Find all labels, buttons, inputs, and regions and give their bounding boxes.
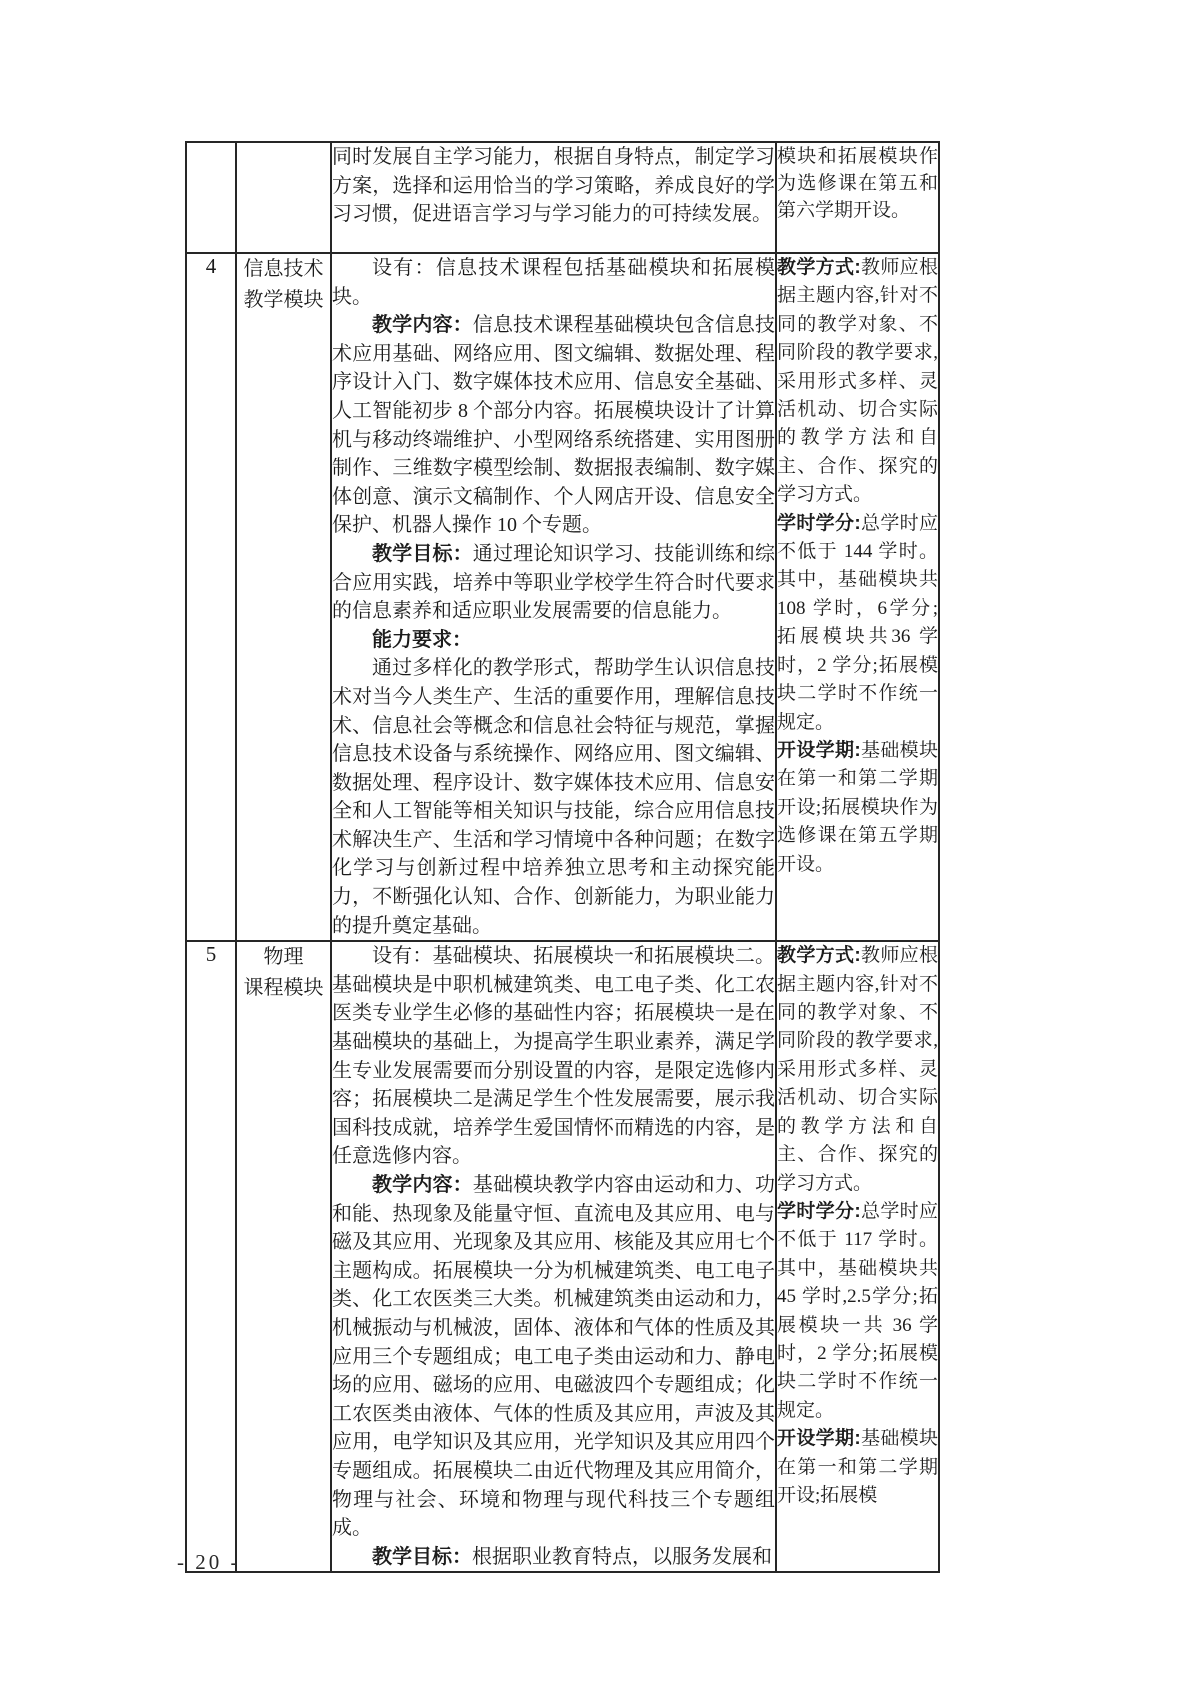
bold-label: 能力要求： <box>372 629 472 651</box>
bold-label: 学时学分: <box>777 1201 861 1222</box>
module-description-cell: 同时发展自主学习能力，根据自身特点，制定学习方案，选择和运用恰当的学习策略，养成… <box>331 142 776 253</box>
bold-label: 开设学期: <box>777 1428 861 1449</box>
module-name-line: 物理 <box>237 942 330 973</box>
row-number-cell: 5 <box>186 941 236 1572</box>
text-run: 总学时应不低于 144 学时。其中，基础模块共108 学时，6学分;拓展模块共3… <box>777 513 938 733</box>
module-description-cell: 设有：基础模块、拓展模块一和拓展模块二。基础模块是中职机械建筑类、电工电子类、化… <box>331 941 776 1572</box>
bold-label: 教学目标： <box>372 1546 472 1568</box>
paragraph: 设有：信息技术课程包括基础模块和拓展模块。 <box>332 254 775 311</box>
text-run: 教师应根据主题内容,针对不同的教学对象、不同阶段的教学要求,采用形式多样、灵活机… <box>777 945 938 1193</box>
row-number-cell: 4 <box>186 253 236 941</box>
table-row: 同时发展自主学习能力，根据自身特点，制定学习方案，选择和运用恰当的学习策略，养成… <box>186 142 939 253</box>
paragraph: 教学目标：通过理论知识学习、技能训练和综合应用实践，培养中等职业学校学生符合时代… <box>332 540 775 626</box>
text-run: 总学时应不低于 117 学时。其中，基础模块共45 学时,2.5学分;拓展模块一… <box>777 1201 938 1421</box>
text-run: 教师应根据主题内容,针对不同的教学对象、不同阶段的教学要求,采用形式多样、灵活机… <box>777 257 938 505</box>
bold-label: 教学目标： <box>372 543 473 565</box>
text-run: 设有：基础模块、拓展模块一和拓展模块二。基础模块是中职机械建筑类、电工电子类、化… <box>332 945 775 1167</box>
text-run: 根据职业教育特点，以服务发展和 <box>472 1546 772 1568</box>
paragraph: 开设学期:基础模块在第一和第二学期开设;拓展模 <box>777 1425 938 1510</box>
text-run: 通过多样化的教学形式，帮助学生认识信息技术对当今人类生产、生活的重要作用，理解信… <box>332 657 775 936</box>
bold-label: 开设学期: <box>777 740 861 761</box>
text-run: 同时发展自主学习能力，根据自身特点，制定学习方案，选择和运用恰当的学习策略，养成… <box>332 146 775 225</box>
text-run: 设有：信息技术课程包括基础模块和拓展模块。 <box>332 257 775 308</box>
bold-label: 学时学分: <box>777 513 861 534</box>
table-row: 5物理课程模块设有：基础模块、拓展模块一和拓展模块二。基础模块是中职机械建筑类、… <box>186 941 939 1572</box>
module-name-line: 课程模块 <box>237 973 330 1004</box>
teaching-notes-cell: 教学方式:教师应根据主题内容,针对不同的教学对象、不同阶段的教学要求,采用形式多… <box>776 941 939 1572</box>
module-name-line: 信息技术 <box>237 254 330 285</box>
paragraph: 教学内容：基础模块教学内容由运动和力、功和能、热现象及能量守恒、直流电及其应用、… <box>332 1171 775 1543</box>
module-name-cell <box>236 142 331 253</box>
paragraph: 同时发展自主学习能力，根据自身特点，制定学习方案，选择和运用恰当的学习策略，养成… <box>332 143 775 229</box>
page-number: - 20 - <box>177 1550 241 1575</box>
row-number-cell <box>186 142 236 253</box>
table-row: 4信息技术教学模块设有：信息技术课程包括基础模块和拓展模块。教学内容：信息技术课… <box>186 253 939 941</box>
module-name-line: 教学模块 <box>237 285 330 316</box>
text-run: 模块和拓展模块作为选修课在第五和第六学期开设。 <box>777 146 938 221</box>
paragraph: 教学目标：根据职业教育特点，以服务发展和 <box>332 1543 775 1572</box>
paragraph: 通过多样化的教学形式，帮助学生认识信息技术对当今人类生产、生活的重要作用，理解信… <box>332 654 775 940</box>
teaching-notes-cell: 教学方式:教师应根据主题内容,针对不同的教学对象、不同阶段的教学要求,采用形式多… <box>776 253 939 941</box>
paragraph: 学时学分:总学时应不低于 117 学时。其中，基础模块共45 学时,2.5学分;… <box>777 1198 938 1425</box>
text-run: 信息技术课程基础模块包含信息技术应用基础、网络应用、图文编辑、数据处理、程序设计… <box>332 314 775 536</box>
paragraph: 教学内容：信息技术课程基础模块包含信息技术应用基础、网络应用、图文编辑、数据处理… <box>332 311 775 540</box>
paragraph: 设有：基础模块、拓展模块一和拓展模块二。基础模块是中职机械建筑类、电工电子类、化… <box>332 942 775 1171</box>
curriculum-table: 同时发展自主学习能力，根据自身特点，制定学习方案，选择和运用恰当的学习策略，养成… <box>185 141 940 1573</box>
paragraph: 学时学分:总学时应不低于 144 学时。其中，基础模块共108 学时，6学分;拓… <box>777 510 938 737</box>
paragraph: 能力要求： <box>332 626 775 655</box>
paragraph: 教学方式:教师应根据主题内容,针对不同的教学对象、不同阶段的教学要求,采用形式多… <box>777 942 938 1198</box>
table-body: 同时发展自主学习能力，根据自身特点，制定学习方案，选择和运用恰当的学习策略，养成… <box>186 142 939 1572</box>
module-name-cell: 物理课程模块 <box>236 941 331 1572</box>
module-description-cell: 设有：信息技术课程包括基础模块和拓展模块。教学内容：信息技术课程基础模块包含信息… <box>331 253 776 941</box>
bold-label: 教学方式: <box>777 945 861 966</box>
paragraph: 开设学期:基础模块在第一和第二学期开设;拓展模块作为选修课在第五学期开设。 <box>777 737 938 879</box>
paragraph: 模块和拓展模块作为选修课在第五和第六学期开设。 <box>777 143 938 224</box>
bold-label: 教学内容： <box>372 1174 473 1196</box>
module-name-cell: 信息技术教学模块 <box>236 253 331 941</box>
teaching-notes-cell: 模块和拓展模块作为选修课在第五和第六学期开设。 <box>776 142 939 253</box>
bold-label: 教学内容： <box>372 314 473 336</box>
paragraph: 教学方式:教师应根据主题内容,针对不同的教学对象、不同阶段的教学要求,采用形式多… <box>777 254 938 510</box>
bold-label: 教学方式: <box>777 257 861 278</box>
text-run: 基础模块教学内容由运动和力、功和能、热现象及能量守恒、直流电及其应用、电与磁及其… <box>332 1174 775 1539</box>
